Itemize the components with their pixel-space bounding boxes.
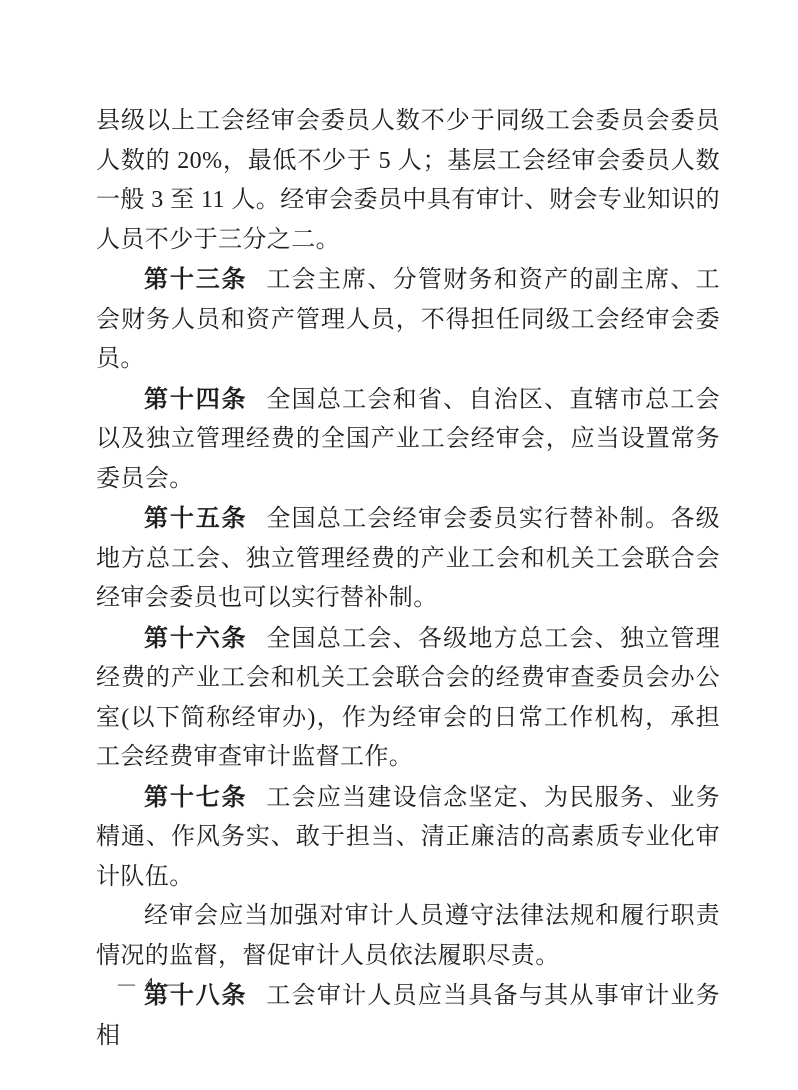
paragraph: 第十四条全国总工会和省、自治区、直辖市总工会以及独立管理经费的全国产业工会经审会… — [96, 380, 720, 500]
document-page: 县级以上工会经审会委员人数不少于同级工会委员会委员人数的 20%，最低不少于 5… — [0, 0, 798, 1090]
paragraph: 第十六条全国总工会、各级地方总工会、独立管理经费的产业工会和机关工会联合会的经费… — [96, 619, 720, 778]
paragraph: 第十五条全国总工会经审会委员实行替补制。各级地方总工会、独立管理经费的产业工会和… — [96, 499, 720, 619]
article-number: 第十四条 — [144, 386, 247, 413]
paragraph: 第十八条工会审计人员应当具备与其从事审计业务相 — [96, 976, 720, 1056]
page-number-footer: — 4 — — [118, 974, 184, 994]
article-number: 第十五条 — [144, 505, 247, 532]
article-number: 第十六条 — [144, 625, 247, 652]
paragraph: 第十七条工会应当建设信念坚定、为民服务、业务精通、作风务实、敢于担当、清正廉洁的… — [96, 778, 720, 898]
article-number: 第十三条 — [144, 266, 247, 293]
paragraph: 第十三条工会主席、分管财务和资产的副主席、工会财务人员和资产管理人员，不得担任同… — [96, 260, 720, 380]
article-number: 第十七条 — [144, 784, 247, 811]
paragraph-text: 县级以上工会经审会委员人数不少于同级工会委员会委员人数的 20%，最低不少于 5… — [96, 108, 720, 253]
paragraph: 县级以上工会经审会委员人数不少于同级工会委员会委员人数的 20%，最低不少于 5… — [96, 102, 720, 260]
paragraph-text: 经审会应当加强对审计人员遵守法律法规和履行职责情况的监督，督促审计人员依法履职尽… — [96, 903, 720, 969]
page-body: 县级以上工会经审会委员人数不少于同级工会委员会委员人数的 20%，最低不少于 5… — [96, 102, 720, 1056]
paragraph: 经审会应当加强对审计人员遵守法律法规和履行职责情况的监督，督促审计人员依法履职尽… — [96, 897, 720, 976]
